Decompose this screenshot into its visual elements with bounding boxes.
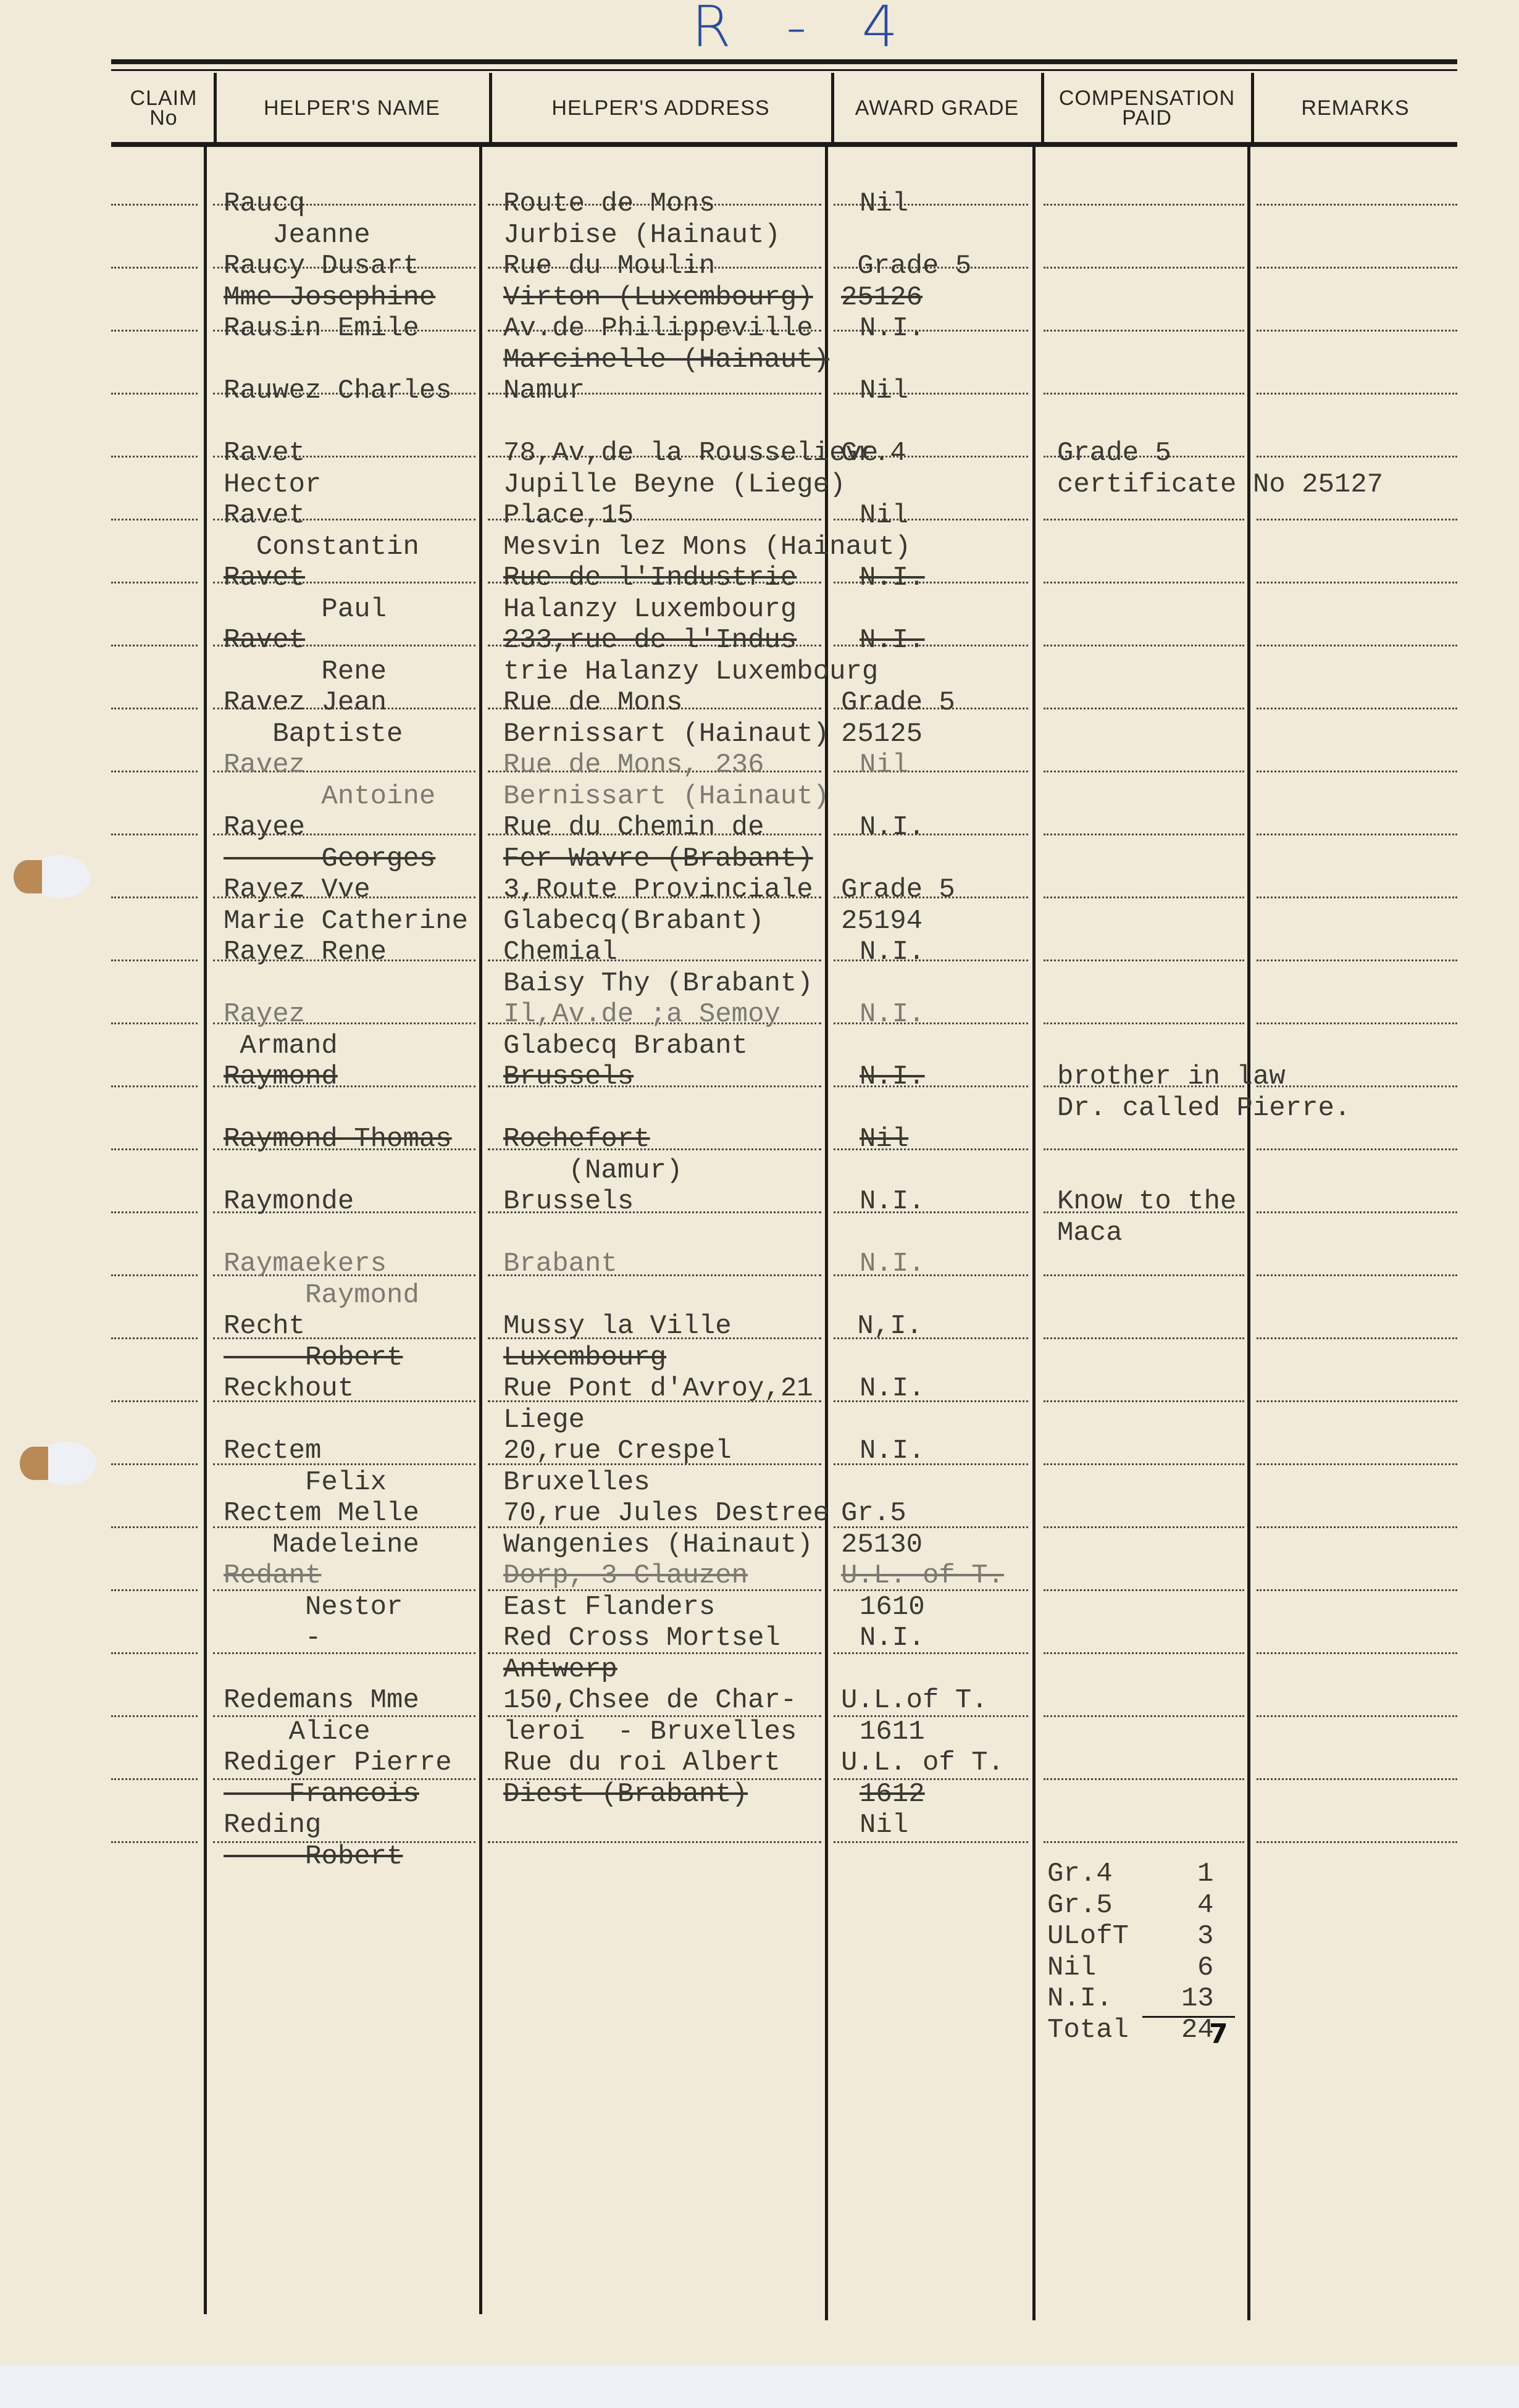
helper-name: Rayez Vve [224,874,370,905]
helper-address: Liege [503,1405,585,1436]
helper-comp: Dr. called Pierre. [1057,1093,1350,1124]
row-rule [1257,897,1457,898]
helper-comp: Maca [1057,1218,1123,1248]
summary-count: 6 [1197,1952,1213,1983]
helper-name: Rayez Rene [224,937,387,968]
row-rule [1044,267,1244,269]
helper-name: Raymond Thomas [224,1124,452,1155]
header-claim-no: CLAIM No [111,77,216,139]
row-rule [1257,1652,1457,1654]
helper-address: Rue de Mons, 236 [503,750,764,780]
helper-address: Antwerp [503,1654,617,1685]
helper-award: N.I. [860,1623,925,1653]
helper-award: Gr.4 [841,438,906,469]
helper-award: Grade 5 [841,874,955,905]
row-rule [1257,1526,1457,1528]
row-rule [111,204,198,206]
row-rule [1044,330,1244,332]
helper-name: Francois [224,1779,419,1810]
helper-comp: Grade 5 [1057,438,1171,469]
row-rule [1257,1715,1457,1717]
helper-address: Marcinelle (Hainaut) [503,345,829,375]
helper-name: Hector [224,469,321,500]
row-rule [1044,771,1244,772]
row-rule [1257,1274,1457,1276]
helper-award: N.I. [860,1061,925,1092]
row-rule [1257,393,1457,395]
helper-address: Chemial [503,937,617,968]
column-line [1032,147,1036,2320]
helper-name: Raymond [224,1061,338,1092]
row-rule [488,1841,821,1843]
row-rule [834,1841,1028,1843]
helper-name: Alice [224,1716,370,1747]
helper-award: U.L.of T. [841,1685,988,1716]
helper-award: 1610 [860,1592,925,1623]
helper-comp: brother in law [1057,1061,1286,1092]
row-rule [1257,1022,1457,1024]
helper-name: Mme Josephine [224,282,435,313]
helper-address: Luxembourg [503,1342,666,1373]
helper-name: Recht [224,1311,305,1342]
row-rule [1044,1148,1244,1150]
helper-name: Marie Catherine [224,906,468,937]
helper-address: Mussy la Ville [503,1311,732,1342]
helper-name: Rayez [224,999,305,1030]
header-helper-name: HELPER'S NAME [216,77,488,139]
row-rule [1257,204,1457,206]
helper-name: Constantin [224,532,419,562]
row-rule [1257,330,1457,332]
helper-address: Jupille Beyne (Liege) [503,469,846,500]
row-rule [1044,1652,1244,1654]
helper-address: Virton (Luxembourg) [503,282,813,313]
row-rule [111,1841,198,1843]
helper-award: Nil [860,1810,908,1841]
helper-award: N.I. [860,1436,925,1466]
column-line [204,147,207,2314]
helper-award: 25126 [841,282,923,313]
row-rule [1044,1778,1244,1780]
helper-name: Ravet [224,625,305,656]
helper-name: Raucq [224,188,305,219]
helper-address: Av.de Philippeville [503,313,813,344]
helper-address: Il,Av.de ;a Semoy [503,999,780,1030]
helper-award: 25125 [841,719,923,750]
helper-name: Ravet [224,500,305,531]
row-rule [1044,708,1244,709]
row-rule [111,771,198,772]
row-rule [1257,1085,1457,1087]
row-rule [111,708,198,709]
row-rule [111,897,198,898]
helper-address: Baisy Thy (Brabant) [503,968,813,999]
row-rule [111,267,198,269]
row-rule [1257,519,1457,520]
helper-address: Namur [503,375,585,406]
helper-name: Redant [224,1560,321,1591]
row-rule [111,1778,198,1780]
helper-name: Ravet [224,562,305,593]
helper-award: N.I. [860,999,925,1030]
summary-label: Total [1047,2015,1129,2046]
header-col-sep [489,73,492,142]
row-rule [111,330,198,332]
row-rule [1044,959,1244,961]
row-rule [111,582,198,583]
helper-award: N.I. [860,625,925,656]
punch-hole [35,1442,96,1485]
helper-address: 70,rue Jules Destree [503,1498,829,1529]
row-rule [1257,456,1457,458]
summary-count: 3 [1197,1921,1213,1952]
row-rule [1257,1841,1457,1843]
row-rule [1257,834,1457,835]
row-rule [1257,267,1457,269]
helper-address: Glabecq Brabant [503,1031,748,1061]
helper-address: (Namur) [503,1155,682,1186]
row-rule [111,1652,198,1654]
helper-address: 233,rue de l'Indus [503,625,797,656]
row-rule [1044,645,1244,646]
row-rule [1044,1400,1244,1402]
helper-address: Rue de l'Industrie [503,562,797,593]
helper-award: U.L. of T. [841,1560,1004,1591]
document-sheet: R - 4 CLAIM No HELPER'S NAME HELPER'S AD… [0,0,1519,2365]
helper-name: Raymaekers [224,1248,387,1279]
helper-address: Place,15 [503,500,634,531]
helper-name: Rayee [224,812,305,843]
helper-name: - [224,1623,321,1653]
summary-label: Gr.5 [1047,1890,1113,1921]
row-rule [1044,1022,1244,1024]
header-compensation-paid: COMPENSATION PAID [1044,77,1250,139]
row-rule [1257,1400,1457,1402]
helper-address: Rue du Moulin [503,251,715,282]
row-rule [1257,1337,1457,1339]
summary-label: Nil [1047,1952,1096,1983]
helper-name: Ravez [224,750,305,780]
helper-name: Baptiste [224,719,403,750]
helper-name: Antoine [224,781,435,812]
helper-award: 25130 [841,1529,923,1560]
row-rule [111,834,198,835]
helper-address: Rue Pont d'Avroy,21 [503,1373,813,1404]
handwritten-total-correction: 7 [1209,2019,1228,2050]
row-rule [1044,204,1244,206]
summary-count: 1 [1197,1858,1213,1889]
row-rule [111,393,198,395]
row-rule [111,1085,198,1087]
helper-address: Glabecq(Brabant) [503,906,764,937]
row-rule [1257,959,1457,961]
row-rule [111,1274,198,1276]
row-rule [1257,582,1457,583]
helper-name: Rauwez Charles [224,375,452,406]
helper-name: Reding [224,1810,321,1841]
helper-name: Rediger Pierre [224,1747,452,1778]
helper-address: East Flanders [503,1592,715,1623]
punch-hole [28,855,90,898]
helper-address: Brussels [503,1186,634,1217]
helper-name: Georges [224,843,435,874]
helper-address: Diest (Brabant) [503,1779,748,1810]
helper-name: Ravez Jean [224,687,387,718]
row-rule [111,1337,198,1339]
row-rule [111,1211,198,1213]
row-rule [1257,645,1457,646]
helper-address: 150,Chsee de Char- [503,1685,797,1716]
summary-total-rule [1142,2016,1235,2018]
helper-award: 1611 [860,1716,925,1747]
helper-name: Armand [224,1031,338,1061]
row-rule [1044,1463,1244,1465]
helper-name: Jeanne [224,220,370,251]
helper-address: Jurbise (Hainaut) [503,220,780,251]
helper-address: 78,Av,de la Rousselieve [503,438,878,469]
helper-name: Nestor [224,1592,403,1623]
helper-name: Raymonde [224,1186,354,1217]
row-rule [111,1589,198,1591]
helper-address: Rue du roi Albert [503,1747,780,1778]
row-rule [111,1715,198,1717]
helper-award: Nil [860,750,908,780]
helper-award: N.I. [860,313,925,344]
row-rule [1044,519,1244,520]
row-rule [1257,1589,1457,1591]
row-rule [1044,1589,1244,1591]
helper-address: Fer Wavre (Brabant) [503,843,813,874]
row-rule [1257,708,1457,709]
top-rule-thick [111,59,1457,64]
summary-label: Gr.4 [1047,1858,1113,1889]
helper-name: Redemans Mme [224,1685,419,1716]
row-rule [111,1526,198,1528]
helper-address: Brabant [503,1248,617,1279]
helper-address: Mesvin lez Mons (Hainaut) [503,532,911,562]
header-col-sep [1041,73,1044,142]
helper-address: Brussels [503,1061,634,1092]
header-col-sep [831,73,834,142]
row-rule [1044,1274,1244,1276]
helper-address: trie Halanzy Luxembourg [503,656,878,687]
header-award-grade: AWARD GRADE [834,77,1040,139]
row-rule [111,1148,198,1150]
helper-address: Red Cross Mortsel [503,1623,780,1653]
helper-address: Bruxelles [503,1467,650,1498]
top-rule-thin [111,69,1457,71]
summary-label: ULofT [1047,1921,1129,1952]
helper-name: Robert [224,1342,403,1373]
row-rule [111,456,198,458]
summary-label: N.I. [1047,1983,1113,2014]
helper-award: N.I. [860,1373,925,1404]
helper-award: Nil [860,500,908,531]
header-remarks: REMARKS [1253,77,1457,139]
row-rule [111,645,198,646]
helper-name: Raymond [224,1280,419,1311]
row-rule [1257,1211,1457,1213]
helper-name: Madeleine [224,1529,419,1560]
helper-award: N.I. [860,562,925,593]
header-rule [111,142,1457,147]
helper-name: Rene [224,656,387,687]
helper-award: N.I. [860,812,925,843]
helper-name: Rectem [224,1436,321,1466]
helper-award: Nil [860,188,908,219]
helper-award: N.I. [860,1186,925,1217]
helper-address: Route de Mons [503,188,715,219]
helper-address: Rochefort [503,1124,650,1155]
helper-award: N.I. [860,1248,925,1279]
helper-award: N.I. [860,937,925,968]
row-rule [111,959,198,961]
helper-award: U.L. of T. [841,1747,1004,1778]
row-rule [1257,1463,1457,1465]
summary-count: 13 [1181,1983,1214,2014]
helper-address: Bernissart (Hainaut) [503,781,829,812]
row-rule [1044,1526,1244,1528]
summary-count: 4 [1197,1890,1213,1921]
header-col-sep [1251,73,1254,142]
helper-name: Ravet [224,438,305,469]
header-helper-address: HELPER'S ADDRESS [491,77,831,139]
row-rule [1044,834,1244,835]
helper-address: Halanzy Luxembourg [503,594,797,625]
helper-name: Rausin Emile [224,313,419,344]
helper-address: Wangenies (Hainaut) [503,1529,813,1560]
row-rule [1044,1337,1244,1339]
row-rule [1044,582,1244,583]
helper-award: N,I. [841,1311,923,1342]
handwritten-reference: R - 4 [692,0,916,60]
row-rule [1044,897,1244,898]
helper-award: Grade 5 [841,687,955,718]
row-rule [111,1463,198,1465]
helper-address: leroi - Bruxelles [503,1716,797,1747]
helper-award: Grade 5 [841,251,971,282]
helper-name: Rectem Melle [224,1498,419,1529]
row-rule [1257,1778,1457,1780]
helper-award: Nil [860,375,908,406]
row-rule [1257,1148,1457,1150]
header-col-sep [214,73,217,142]
helper-address: 20,rue Crespel [503,1436,732,1466]
row-rule [111,519,198,520]
helper-award: Nil [860,1124,908,1155]
row-rule [111,1400,198,1402]
helper-comp: Know to the [1057,1186,1236,1217]
helper-comp: certificate No 25127 [1057,469,1383,500]
helper-address: Rue de Mons [503,687,682,718]
helper-name: Reckhout [224,1373,354,1404]
column-line [479,147,482,2314]
helper-address: Dorp, 3 Clauzen [503,1560,748,1591]
helper-address: 3,Route Provinciale [503,874,813,905]
row-rule [1044,1715,1244,1717]
helper-name: Raucy Dusart [224,251,419,282]
row-rule [1257,771,1457,772]
helper-award: 25194 [841,906,923,937]
helper-award: 1612 [860,1779,925,1810]
helper-name: Felix [224,1467,387,1498]
helper-award: Gr.5 [841,1498,906,1529]
helper-name: Robert [224,1841,403,1872]
row-rule [1044,393,1244,395]
helper-address: Bernissart (Hainaut) [503,719,829,750]
helper-address: Rue du Chemin de [503,812,764,843]
helper-name: Paul [224,594,387,625]
row-rule [1044,1841,1244,1843]
row-rule [111,1022,198,1024]
